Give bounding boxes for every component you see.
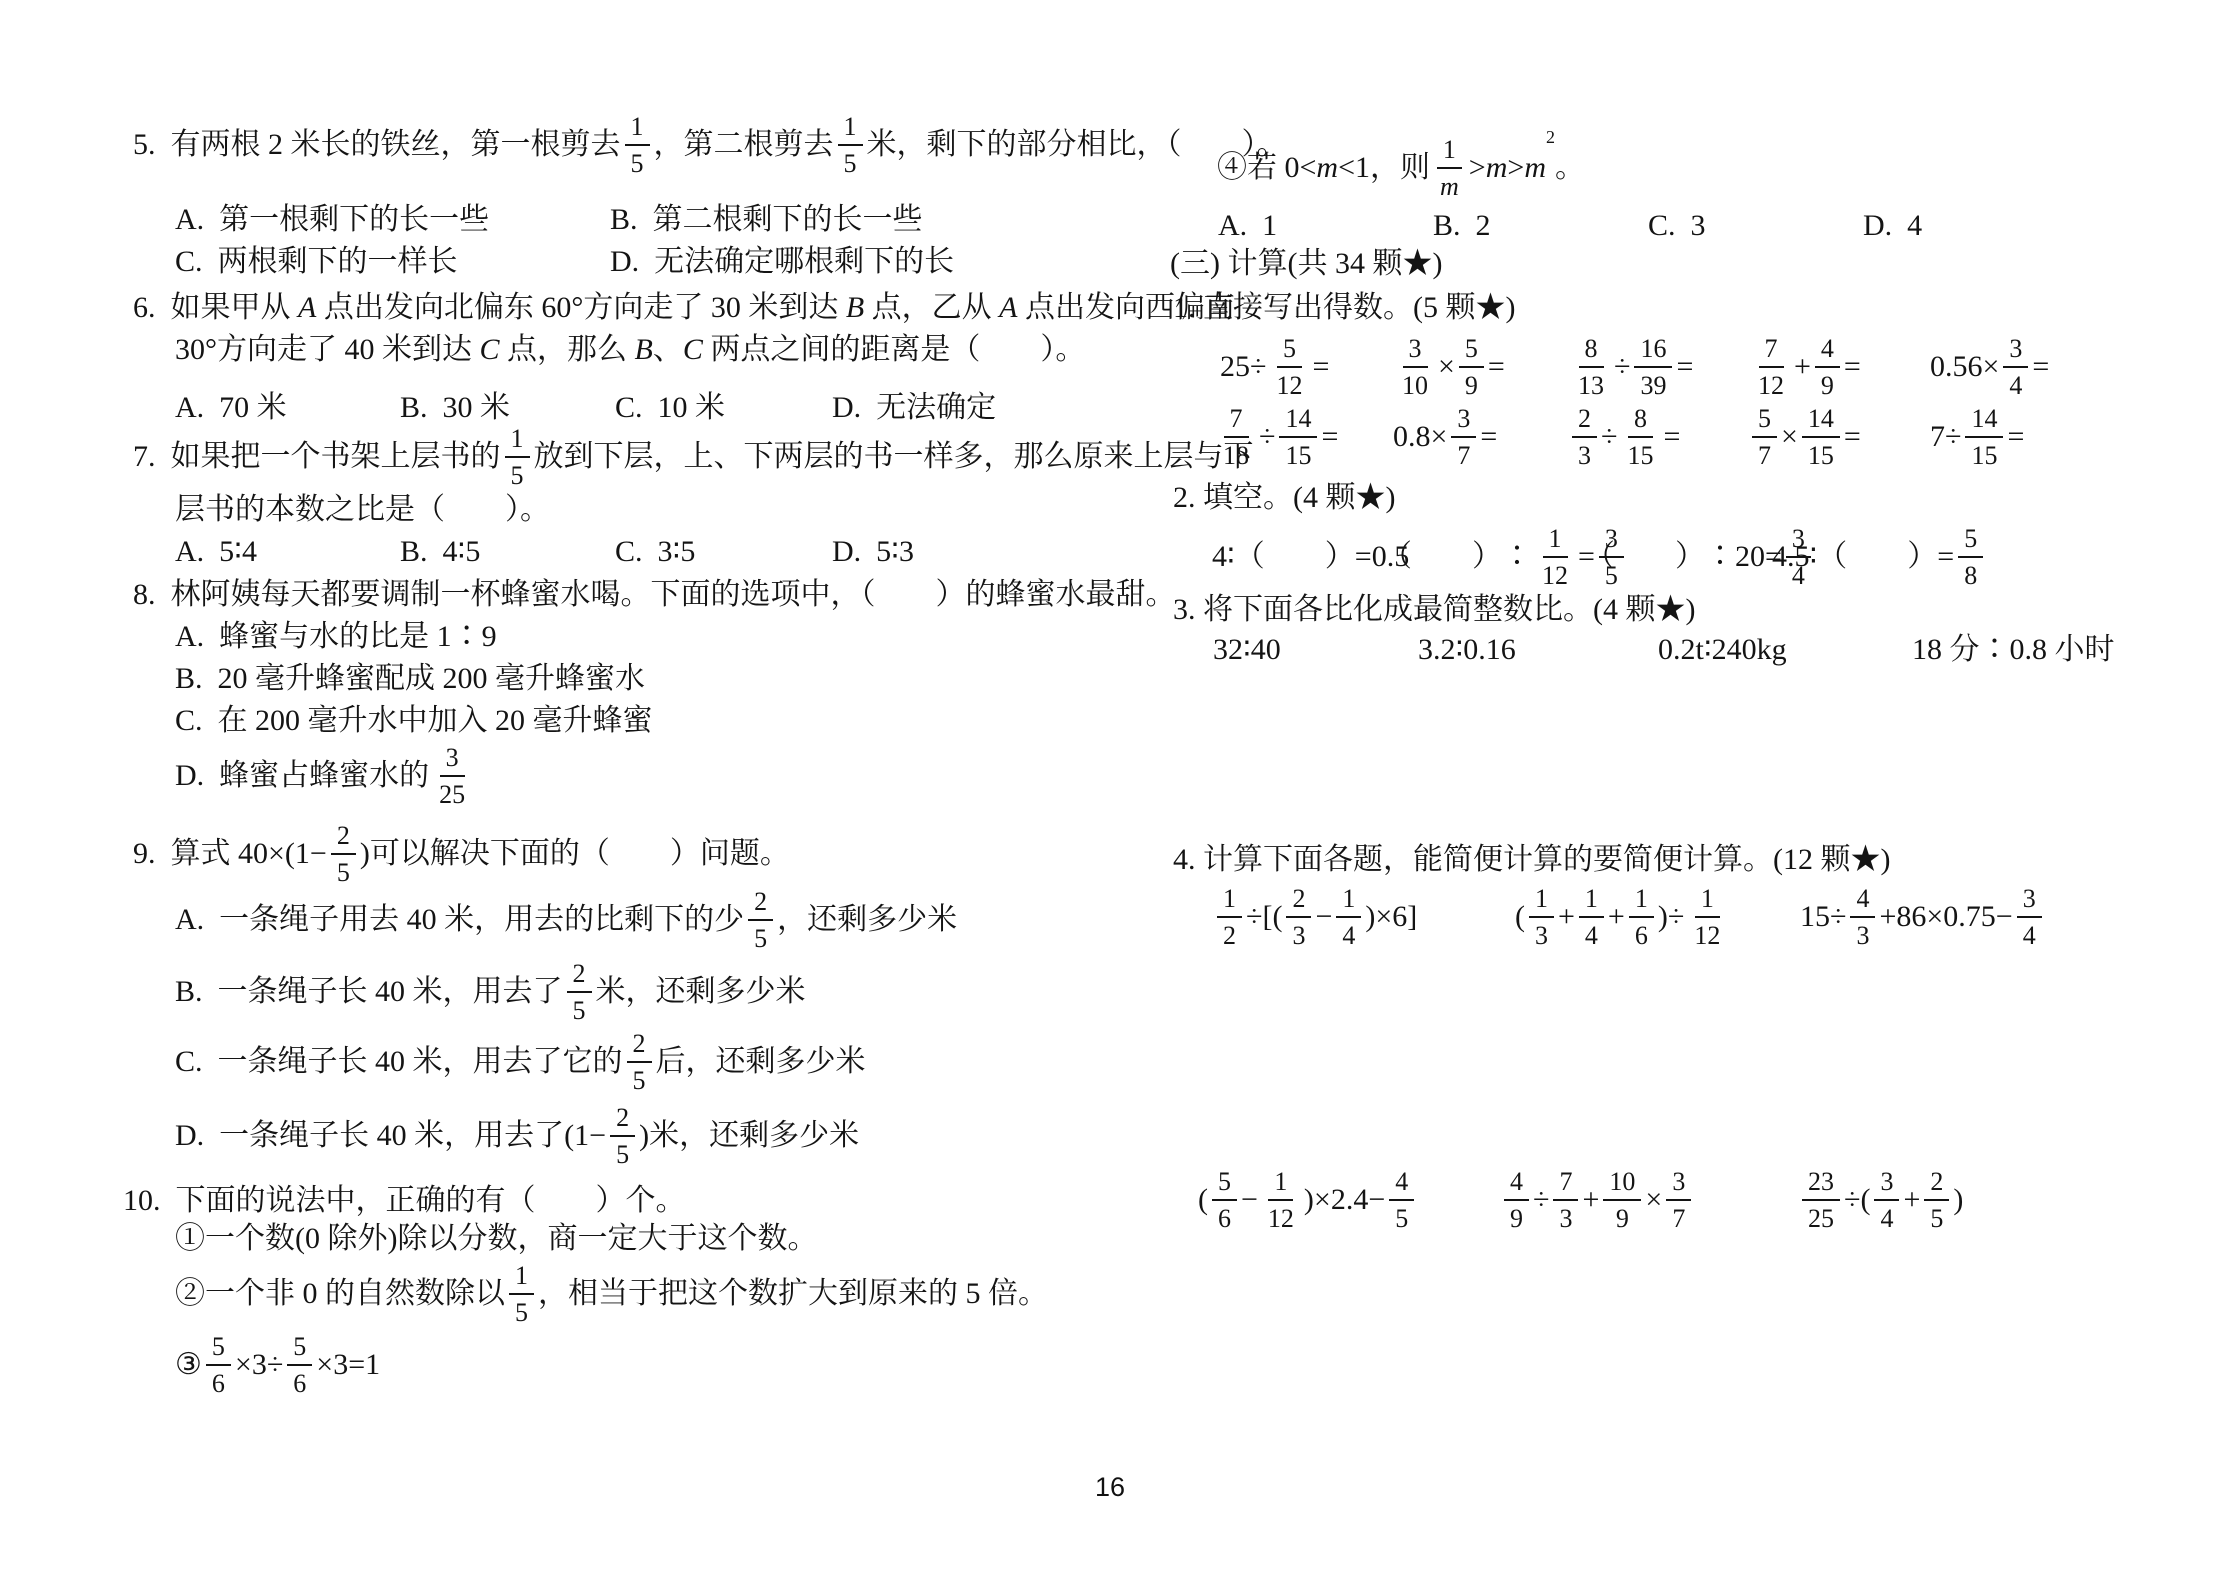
question-6-stem-line1: 6. 如果甲从 A 点出发向北偏东 60°方向走了 30 米到达 B 点，乙从 … <box>133 290 1235 326</box>
fraction: 58 <box>1958 524 1983 591</box>
fraction: 1415 <box>1802 404 1840 471</box>
simplify-item: 18 分∶0.8 小时 <box>1912 632 2115 668</box>
question-5-option-b: B. 第二根剩下的长一些 <box>610 202 923 238</box>
fraction: 43 <box>1850 884 1875 951</box>
compute-item: (56−112)×2.4−45 <box>1198 1155 1418 1245</box>
fraction: 512 <box>1270 334 1308 401</box>
fraction: 15 <box>838 112 863 179</box>
fill-item: 4∶（ ）=0.5 <box>1212 515 1409 599</box>
fraction: 49 <box>1815 334 1840 401</box>
fraction: 57 <box>1752 404 1777 471</box>
question-7-stem-line1: 7. 如果把一个书架上层书的15放到下层，上、下两层的书一样多，那么原来上层与下 <box>133 415 1254 499</box>
calc-title: 1. 直接写出得数。(5 颗★) <box>1173 290 1515 326</box>
fraction: 15 <box>509 1261 534 1328</box>
fraction: 73 <box>1553 1167 1578 1234</box>
fraction: 718 <box>1217 404 1255 471</box>
fraction: 109 <box>1603 1167 1641 1234</box>
compute-item: 2325÷(34+25) <box>1798 1155 1963 1245</box>
fraction: 15 <box>625 112 650 179</box>
question-8-option-d: D. 蜂蜜占蜂蜜水的325 <box>175 734 475 818</box>
fraction: 25 <box>748 887 773 954</box>
question-10-item-3: ③56×3÷56×3=1 <box>175 1323 380 1407</box>
question-5-option-a: A. 第一根剩下的长一些 <box>175 202 489 238</box>
fraction: 712 <box>1752 334 1790 401</box>
fraction: 1415 <box>1279 404 1317 471</box>
question-6-stem-line2: 30°方向走了 40 米到达 C 点，那么 B、C 两点之间的距离是（ ）。 <box>175 332 1085 368</box>
question-7-option-d: D. 5∶3 <box>832 534 914 570</box>
fraction: 34 <box>2003 334 2028 401</box>
fraction: 59 <box>1459 334 1484 401</box>
question-8-stem: 8. 林阿姨每天都要调制一杯蜂蜜水喝。下面的选项中，（ ）的蜂蜜水最甜。 <box>133 577 1176 613</box>
fraction: 37 <box>1666 1167 1691 1234</box>
compute-item: (13+14+16)÷112 <box>1515 872 1730 962</box>
question-10-stem: 10. 下面的说法中，正确的有（ ）个。 <box>123 1183 686 1219</box>
fraction: 1639 <box>1634 334 1672 401</box>
fraction: 15 <box>505 424 530 491</box>
compute-item: 12÷[(23−14)×6] <box>1213 872 1417 962</box>
question-7-option-b: B. 4∶5 <box>400 534 480 570</box>
question-8-option-a: A. 蜂蜜与水的比是 1∶9 <box>175 619 497 655</box>
calc-item: 0.8×37= <box>1393 395 1497 479</box>
fraction: 23 <box>1572 404 1597 471</box>
fraction: 12 <box>1217 884 1242 951</box>
fraction: 14 <box>1336 884 1361 951</box>
compute-item: 49÷73+109×37 <box>1500 1155 1695 1245</box>
worksheet-page: 5. 有两根 2 米长的铁丝，第一根剪去15，第二根剪去15米，剩下的部分相比，… <box>0 0 2220 1571</box>
fraction: 56 <box>206 1332 231 1399</box>
question-5-stem: 5. 有两根 2 米长的铁丝，第一根剪去15，第二根剪去15米，剩下的部分相比，… <box>133 103 1287 187</box>
fraction: 56 <box>1212 1167 1237 1234</box>
fraction: 56 <box>287 1332 312 1399</box>
fraction: 2325 <box>1802 1167 1840 1234</box>
fraction: 37 <box>1451 404 1476 471</box>
compute-item: 15÷43+86×0.75−34 <box>1800 872 2046 962</box>
calc-item: 718÷1415= <box>1213 395 1338 479</box>
page-number: 16 <box>0 1472 2220 1503</box>
fraction: 112 <box>1536 524 1574 591</box>
question-5-option-c: C. 两根剩下的一样长 <box>175 244 458 280</box>
calc-item: 57×1415= <box>1748 395 1861 479</box>
fraction: 25 <box>627 1029 652 1096</box>
question-7-stem-line2: 层书的本数之比是（ ）。 <box>175 492 550 528</box>
fraction: 1m <box>1434 135 1465 202</box>
fraction: 25 <box>567 959 592 1026</box>
question-9-option-d: D. 一条绳子长 40 米，用去了(1−25)米，还剩多少米 <box>175 1094 859 1178</box>
fraction: 112 <box>1262 1167 1300 1234</box>
simplify-title: 3. 将下面各比化成最简整数比。(4 颗★) <box>1173 592 1695 628</box>
question-10-item-4: ④若 0<m<1，则1m>m>m2。 <box>1217 126 1585 210</box>
question-7-option-c: C. 3∶5 <box>615 534 695 570</box>
calc-item: 7÷1415= <box>1930 395 2024 479</box>
fraction: 34 <box>1874 1167 1899 1234</box>
fraction: 325 <box>433 743 471 810</box>
question-9-option-c: C. 一条绳子长 40 米，用去了它的25后，还剩多少米 <box>175 1020 866 1104</box>
fill-title: 2. 填空。(4 颗★) <box>1173 480 1395 516</box>
question-10-option-c: C. 3 <box>1648 208 1706 244</box>
fraction: 25 <box>610 1103 635 1170</box>
fraction: 23 <box>1286 884 1311 951</box>
fraction: 14 <box>1579 884 1604 951</box>
question-5-option-d: D. 无法确定哪根剩下的长 <box>610 244 954 280</box>
question-8-option-b: B. 20 毫升蜂蜜配成 200 毫升蜂蜜水 <box>175 661 645 697</box>
fraction: 112 <box>1688 884 1726 951</box>
question-7-option-a: A. 5∶4 <box>175 534 257 570</box>
fill-item: 4.5∶（ ）=58 <box>1772 515 1987 599</box>
calc-item: 23÷815= <box>1568 395 1680 479</box>
fraction: 1415 <box>1965 404 2003 471</box>
simplify-item: 3.2∶0.16 <box>1418 632 1516 668</box>
fraction: 16 <box>1629 884 1654 951</box>
fraction: 34 <box>2017 884 2042 951</box>
fraction: 310 <box>1396 334 1434 401</box>
fraction: 813 <box>1572 334 1610 401</box>
fraction: 49 <box>1504 1167 1529 1234</box>
section-3-title: (三) 计算(共 34 颗★) <box>1170 246 1442 282</box>
fraction: 25 <box>1924 1167 1949 1234</box>
question-10-option-a: A. 1 <box>1218 208 1277 244</box>
simplify-item: 0.2t∶240kg <box>1658 632 1787 668</box>
simplify-item: 32∶40 <box>1213 632 1281 668</box>
fraction: 45 <box>1389 1167 1414 1234</box>
fraction: 815 <box>1621 404 1659 471</box>
question-10-option-b: B. 2 <box>1433 208 1491 244</box>
fraction: 13 <box>1529 884 1554 951</box>
question-10-option-d: D. 4 <box>1863 208 1922 244</box>
